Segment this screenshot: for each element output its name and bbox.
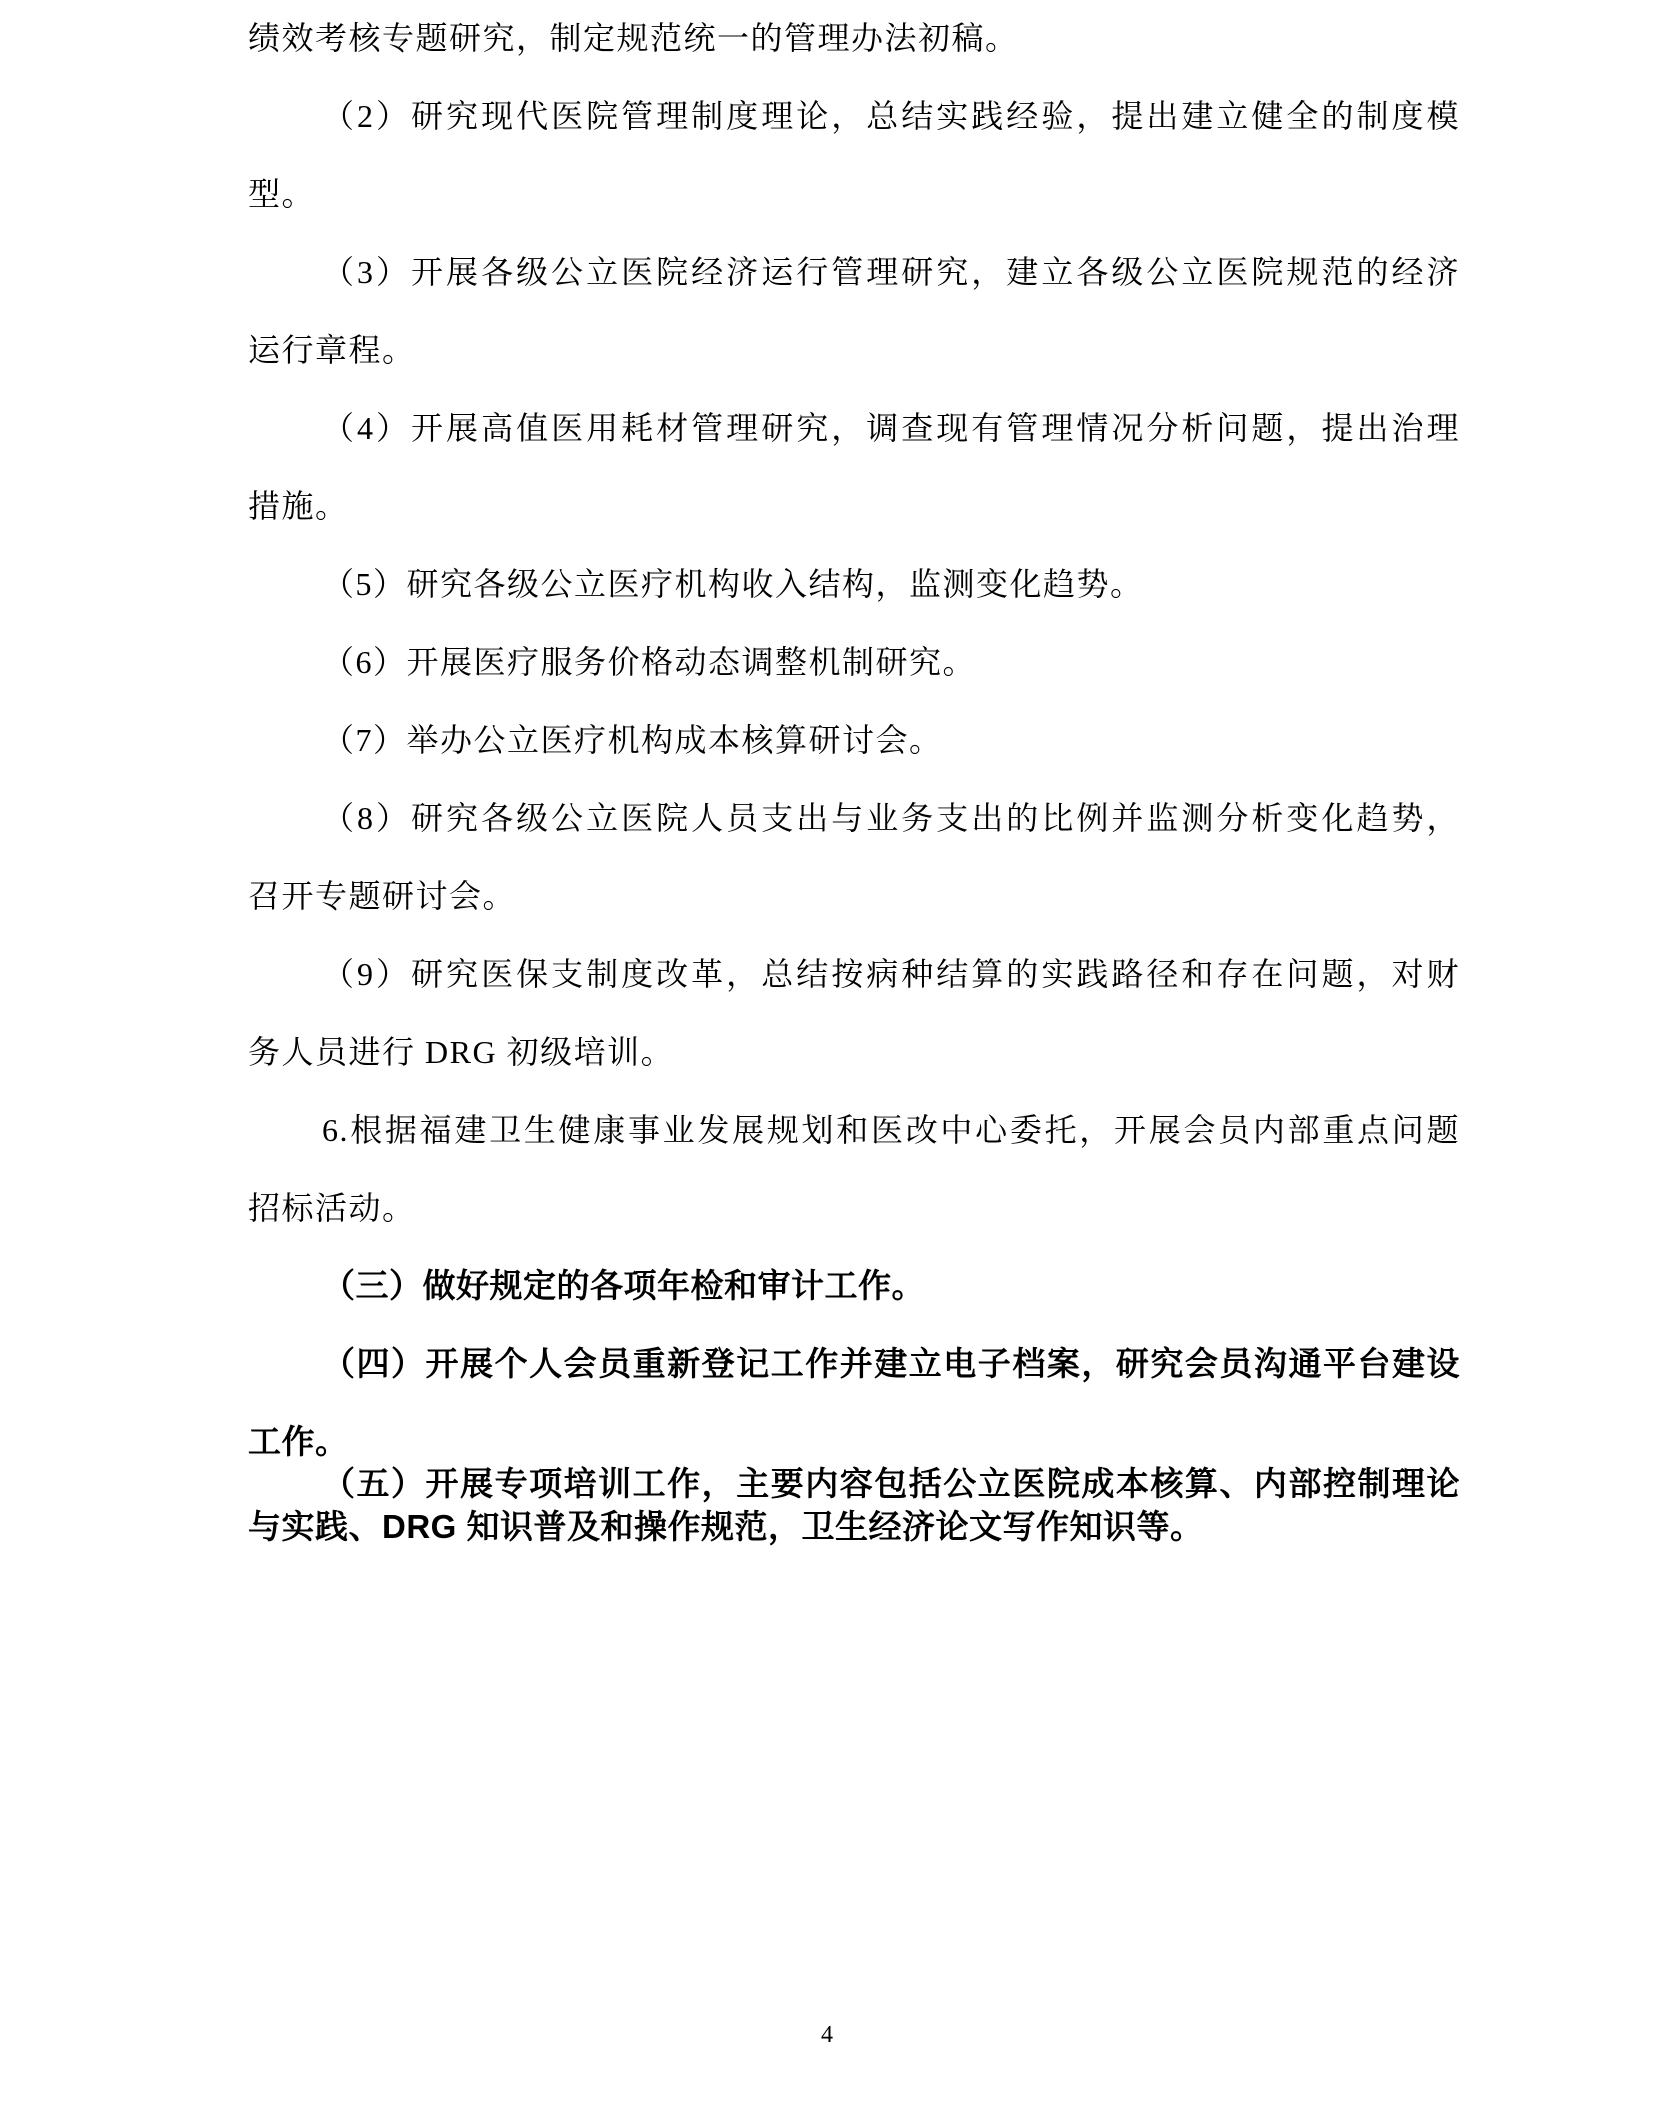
- document-line: 与实践、DRG 知识普及和操作规范，卫生经济论文写作知识等。: [248, 1509, 1460, 1545]
- document-line: 措施。: [248, 488, 1460, 524]
- document-line: （4）开展高值医用耗材管理研究，调查现有管理情况分析问题，提出治理: [248, 410, 1460, 446]
- document-line: （7）举办公立医疗机构成本核算研讨会。: [248, 722, 1460, 758]
- document-section-heading: （三）做好规定的各项年检和审计工作。: [248, 1268, 1460, 1304]
- document-line: 召开专题研讨会。: [248, 878, 1460, 914]
- document-line: 务人员进行 DRG 初级培训。: [248, 1034, 1460, 1070]
- document-page: 绩效考核专题研究，制定规范统一的管理办法初稿。 （2）研究现代医院管理制度理论，…: [0, 0, 1654, 2121]
- document-line: （5）研究各级公立医疗机构收入结构，监测变化趋势。: [248, 566, 1460, 602]
- document-line: 运行章程。: [248, 332, 1460, 368]
- document-line: 工作。: [248, 1424, 1460, 1460]
- document-line: 6.根据福建卫生健康事业发展规划和医改中心委托，开展会员内部重点问题: [248, 1112, 1460, 1148]
- document-line: 招标活动。: [248, 1190, 1460, 1226]
- document-line: （3）开展各级公立医院经济运行管理研究，建立各级公立医院规范的经济: [248, 254, 1460, 290]
- document-line: （9）研究医保支制度改革，总结按病种结算的实践路径和存在问题，对财: [248, 956, 1460, 992]
- page-number: 4: [0, 2022, 1654, 2049]
- document-line: （2）研究现代医院管理制度理论，总结实践经验，提出建立健全的制度模: [248, 98, 1460, 134]
- document-section-heading: （四）开展个人会员重新登记工作并建立电子档案，研究会员沟通平台建设: [248, 1346, 1460, 1382]
- document-line: （8）研究各级公立医院人员支出与业务支出的比例并监测分析变化趋势，: [248, 800, 1460, 836]
- document-section-heading: （五）开展专项培训工作，主要内容包括公立医院成本核算、内部控制理论: [248, 1466, 1460, 1502]
- document-line: （6）开展医疗服务价格动态调整机制研究。: [248, 644, 1460, 680]
- document-line: 型。: [248, 176, 1460, 212]
- document-line: 绩效考核专题研究，制定规范统一的管理办法初稿。: [248, 20, 1460, 56]
